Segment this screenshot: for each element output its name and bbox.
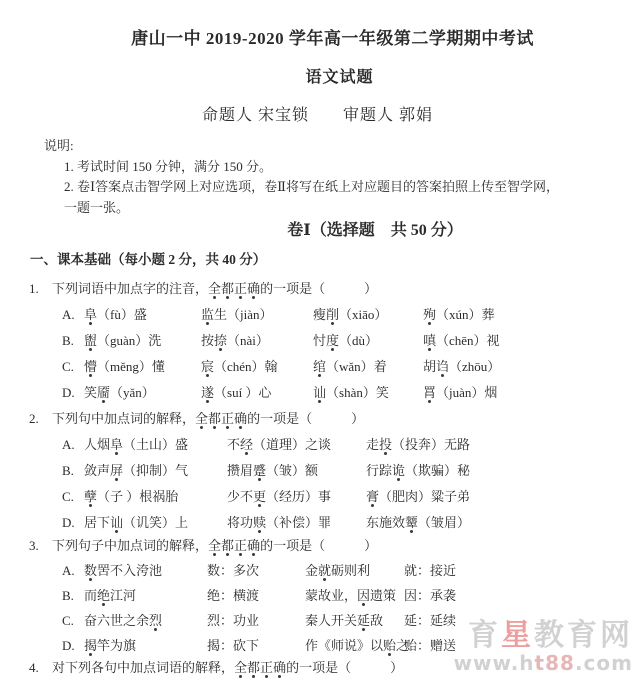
option-label: C. — [62, 354, 84, 380]
question-number: 1. — [29, 276, 52, 302]
option-cell: 嗔（chēn）视 — [423, 328, 500, 354]
emphasis-dot-char: 孽 — [84, 489, 97, 504]
option-cell: 盥（guàn）洗 — [84, 328, 201, 354]
option-cell: 绾（wǎn）着 — [313, 354, 423, 380]
option-cell: 数罟不入洿池 — [84, 558, 207, 583]
emphasis-dot-char: 讪 — [110, 515, 123, 530]
question-2: 2.下列句中加点词的解释，全都正确的一项是（ ）A.人烟阜（土山）盛不经（道理）… — [29, 406, 635, 536]
emphasis-dot-char: 诡 — [392, 463, 405, 478]
option-row-A: A.人烟阜（土山）盛不经（道理）之谈走投（投奔）无路 — [62, 432, 635, 458]
page-title: 唐山一中 2019-2020 学年高一年级第二学期期中考试 — [0, 24, 635, 49]
option-cell: 蒙故业，因遗策 — [305, 583, 404, 608]
emphasis-dot-char: 诌 — [436, 359, 449, 374]
exam-paper-page: 唐山一中 2019-2020 学年高一年级第二学期期中考试 语文试题 命题人 宋… — [0, 0, 635, 683]
question-stem: 4.对下列各句中加点词语的解释，全都正确的一项是（ ） — [29, 655, 635, 681]
emphasis-dot-char: 蹙 — [253, 463, 266, 478]
emphasis-dot-char: 正 — [221, 411, 234, 426]
question-number: 3. — [29, 533, 52, 558]
option-cell: 阜（fù）盛 — [84, 302, 201, 328]
emphasis-dot-char: 正 — [234, 538, 247, 553]
question-stem: 3.下列句子中加点词的解释，全都正确的一项是（ ） — [29, 533, 635, 558]
emphasis-dot-char: 监 — [201, 307, 214, 322]
option-cell: 延：延续 — [404, 608, 456, 633]
instructions-label: 说明: — [44, 136, 619, 157]
emphasis-dot-char: 殉 — [423, 307, 436, 322]
emphasis-dot-char: 绾 — [313, 359, 326, 374]
instruction-item: 2. 卷Ⅰ答案点击智学网上对应选项，卷Ⅱ将写在纸上对应题目的答案拍照上传至智学网… — [64, 177, 619, 198]
emphasis-dot-char: 延 — [357, 613, 370, 628]
emphasis-dot-char: 懵 — [84, 359, 97, 374]
option-label: B. — [62, 328, 84, 354]
option-label: D. — [62, 380, 84, 406]
authors-line: 命题人 宋宝锁 审题人 郭娟 — [0, 102, 635, 125]
option-label: A. — [62, 558, 84, 583]
emphasis-dot-char: 正 — [234, 281, 247, 296]
emphasis-dot-char: 确 — [247, 538, 260, 553]
option-label: C. — [62, 608, 84, 633]
emphasis-dot-char: 都 — [221, 281, 234, 296]
option-label: B. — [62, 458, 84, 484]
emphasis-dot-char: 嗔 — [423, 333, 436, 348]
options-list: A.数罟不入洿池数：多次金就砺则利就：接近B.而绝江河绝：横渡蒙故业，因遗策因：… — [29, 558, 635, 658]
option-cell: 少不更（经历）事 — [227, 484, 366, 510]
question-4: 4.对下列各句中加点词语的解释，全都正确的一项是（ ） — [29, 655, 635, 681]
option-cell: 攒眉蹙（皱）额 — [227, 458, 366, 484]
emphasis-dot-char: 就 — [318, 563, 331, 578]
emphasis-dot-char: 数 — [84, 563, 97, 578]
emphasis-dot-char: 全 — [234, 660, 247, 675]
option-cell: 敛声屏（抑制）气 — [84, 458, 227, 484]
question-number: 4. — [29, 655, 52, 681]
option-cell: 因：承袭 — [404, 583, 456, 608]
question-stem: 1.下列词语中加点字的注音，全都正确的一项是（ ） — [29, 276, 635, 302]
option-cell: 膏（肥肉）粱子弟 — [366, 484, 470, 510]
emphasis-dot-char: 赎 — [253, 515, 266, 530]
emphasis-dot-char: 靥 — [97, 385, 110, 400]
option-cell: 秦人开关延敌 — [305, 608, 404, 633]
emphasis-dot-char: 确 — [273, 660, 286, 675]
emphasis-dot-char: 都 — [221, 538, 234, 553]
emphasis-dot-char: 贻 — [383, 638, 396, 653]
emphasis-dot-char: 膏 — [366, 489, 379, 504]
option-cell: 遂（suí ）心 — [201, 380, 313, 406]
instruction-item: 1. 考试时间 150 分钟，满分 150 分。 — [64, 157, 619, 178]
emphasis-dot-char: 颦 — [405, 515, 418, 530]
options-list: A.阜（fù）盛监生（jiàn）瘦削（xiāo）殉（xún）葬B.盥（guàn）… — [29, 302, 635, 406]
instructions-block: 说明: 1. 考试时间 150 分钟，满分 150 分。 2. 卷Ⅰ答案点击智学… — [44, 136, 619, 218]
question-stem-text: 下列句子中加点词的解释，全都正确的一项是（ ） — [52, 538, 377, 553]
option-cell: 宸（chén）翰 — [201, 354, 313, 380]
option-cell: 不经（道理）之谈 — [227, 432, 366, 458]
option-row-A: A.阜（fù）盛监生（jiàn）瘦削（xiāo）殉（xún）葬 — [62, 302, 635, 328]
emphasis-dot-char: 更 — [253, 489, 266, 504]
emphasis-dot-char: 烈 — [149, 613, 162, 628]
emphasis-dot-char: 因 — [357, 588, 370, 603]
emphasis-dot-char: 全 — [208, 538, 221, 553]
paper1-heading: 卷Ⅰ（选择题 共 50 分） — [0, 217, 635, 240]
emphasis-dot-char: 阜 — [84, 307, 97, 322]
option-cell: 烈：功业 — [207, 608, 305, 633]
emphasis-dot-char: 阜 — [110, 437, 123, 452]
option-cell: 就：接近 — [404, 558, 456, 583]
emphasis-dot-char: 盥 — [84, 333, 97, 348]
option-cell: 人烟阜（土山）盛 — [84, 432, 227, 458]
option-label: B. — [62, 583, 84, 608]
question-3: 3.下列句子中加点词的解释，全都正确的一项是（ ）A.数罟不入洿池数：多次金就砺… — [29, 533, 635, 658]
question-number: 2. — [29, 406, 52, 432]
option-row-C: C.懵（měng）懂宸（chén）翰绾（wǎn）着胡诌（zhōu） — [62, 354, 635, 380]
emphasis-dot-char: 全 — [208, 281, 221, 296]
option-row-C: C.孽（子 ）根祸胎少不更（经历）事膏（肥肉）粱子弟 — [62, 484, 635, 510]
instruction-item-continuation: 一题一张。 — [64, 198, 619, 219]
options-list: A.人烟阜（土山）盛不经（道理）之谈走投（投奔）无路B.敛声屏（抑制）气攒眉蹙（… — [29, 432, 635, 536]
option-label: C. — [62, 484, 84, 510]
emphasis-dot-char: 全 — [195, 411, 208, 426]
emphasis-dot-char: 遂 — [201, 385, 214, 400]
option-cell: 而绝江河 — [84, 583, 207, 608]
emphasis-dot-char: 罥 — [423, 385, 436, 400]
question-stem: 2.下列句中加点词的解释，全都正确的一项是（ ） — [29, 406, 635, 432]
option-label: A. — [62, 302, 84, 328]
emphasis-dot-char: 经 — [240, 437, 253, 452]
emphasis-dot-char: 确 — [247, 281, 260, 296]
option-cell: 瘦削（xiāo） — [313, 302, 423, 328]
option-row-B: B.盥（guàn）洗按捺（nài）忖度（dù）嗔（chēn）视 — [62, 328, 635, 354]
option-cell: 笑靥（yǎn） — [84, 380, 201, 406]
option-row-A: A.数罟不入洿池数：多次金就砺则利就：接近 — [62, 558, 635, 583]
option-label: A. — [62, 432, 84, 458]
option-cell: 按捺（nài） — [201, 328, 313, 354]
emphasis-dot-char: 宸 — [201, 359, 214, 374]
option-row-B: B.敛声屏（抑制）气攒眉蹙（皱）额行踪诡（欺骗）秘 — [62, 458, 635, 484]
emphasis-dot-char: 削 — [326, 307, 339, 322]
emphasis-dot-char: 屏 — [110, 463, 123, 478]
section1-heading: 一、课本基础（每小题 2 分，共 40 分） — [30, 248, 266, 268]
question-1: 1.下列词语中加点字的注音，全都正确的一项是（ ）A.阜（fù）盛监生（jiàn… — [29, 276, 635, 406]
emphasis-dot-char: 都 — [208, 411, 221, 426]
option-cell: 绝：横渡 — [207, 583, 305, 608]
option-cell: 奋六世之余烈 — [84, 608, 207, 633]
emphasis-dot-char: 投 — [379, 437, 392, 452]
emphasis-dot-char: 讪 — [313, 385, 326, 400]
option-cell: 殉（xún）葬 — [423, 302, 495, 328]
option-cell: 胡诌（zhōu） — [423, 354, 500, 380]
option-cell: 行踪诡（欺骗）秘 — [366, 458, 470, 484]
option-cell: 懵（měng）懂 — [84, 354, 201, 380]
option-cell: 孽（子 ）根祸胎 — [84, 484, 227, 510]
option-cell: 监生（jiàn） — [201, 302, 313, 328]
option-cell: 忖度（dù） — [313, 328, 423, 354]
question-stem-text: 对下列各句中加点词语的解释，全都正确的一项是（ ） — [52, 660, 403, 675]
emphasis-dot-char: 绝 — [97, 588, 110, 603]
option-row-B: B.而绝江河绝：横渡蒙故业，因遗策因：承袭 — [62, 583, 635, 608]
emphasis-dot-char: 揭 — [84, 638, 97, 653]
option-cell: 数：多次 — [207, 558, 305, 583]
emphasis-dot-char: 度 — [326, 333, 339, 348]
option-cell: 走投（投奔）无路 — [366, 432, 470, 458]
page-subtitle: 语文试题 — [0, 64, 635, 87]
option-cell: 讪（shàn）笑 — [313, 380, 423, 406]
option-cell: 金就砺则利 — [305, 558, 404, 583]
question-stem-text: 下列句中加点词的解释，全都正确的一项是（ ） — [52, 411, 364, 426]
option-row-D: D.笑靥（yǎn）遂（suí ）心讪（shàn）笑罥（juàn）烟 — [62, 380, 635, 406]
emphasis-dot-char: 正 — [260, 660, 273, 675]
emphasis-dot-char: 确 — [234, 411, 247, 426]
option-row-C: C.奋六世之余烈烈：功业秦人开关延敌延：延续 — [62, 608, 635, 633]
emphasis-dot-char: 捺 — [214, 333, 227, 348]
question-stem-text: 下列词语中加点字的注音，全都正确的一项是（ ） — [52, 281, 377, 296]
emphasis-dot-char: 都 — [247, 660, 260, 675]
option-cell: 罥（juàn）烟 — [423, 380, 497, 406]
